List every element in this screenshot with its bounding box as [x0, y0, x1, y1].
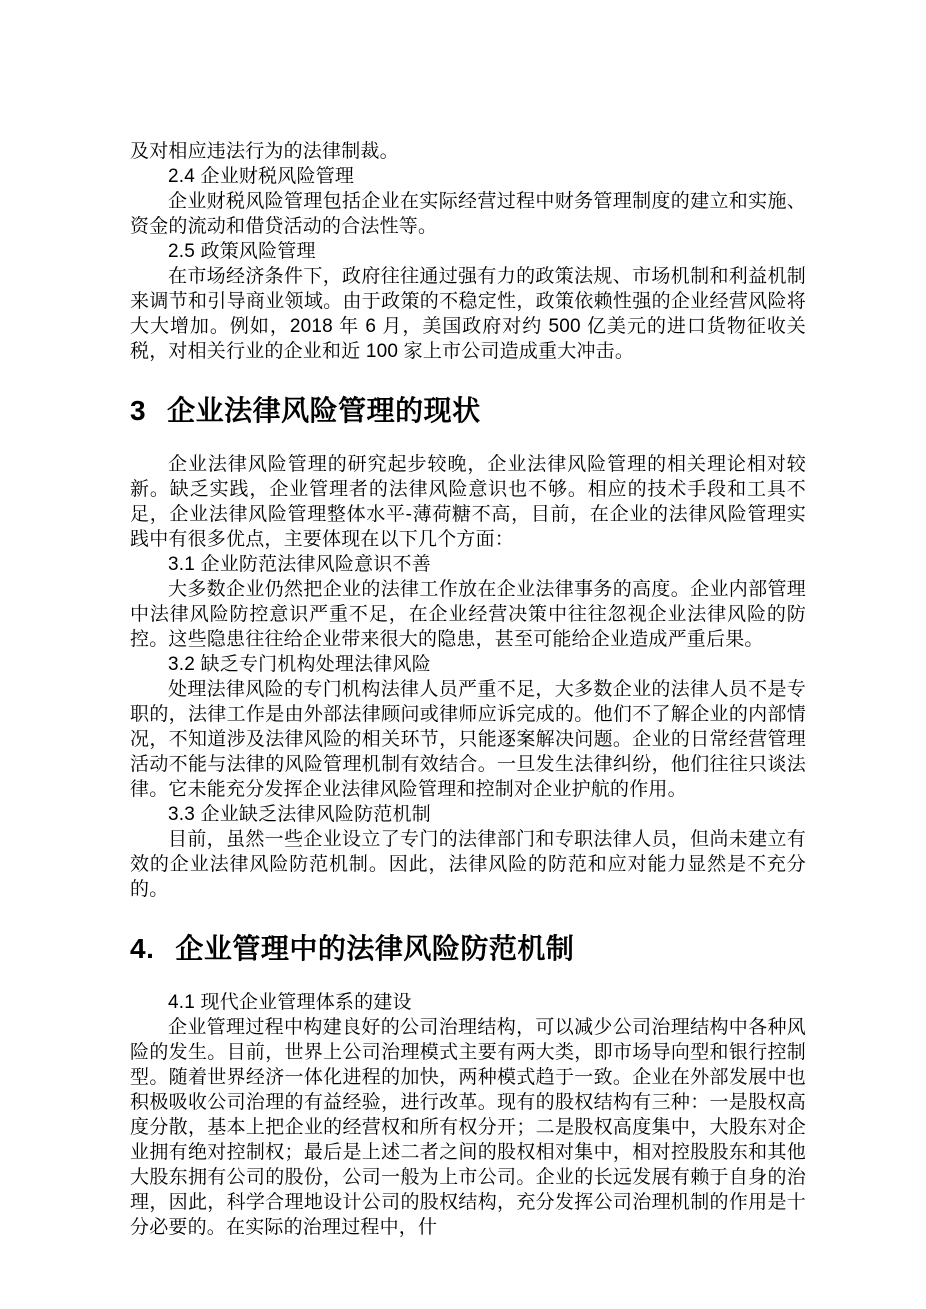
section-heading-4: 4.企业管理中的法律风险防范机制: [130, 931, 806, 967]
subheading-3-1: 3.1 企业防范法律风险意识不善: [130, 552, 806, 577]
paragraph: 处理法律风险的专门机构法律人员严重不足，大多数企业的法律人员不是专职的，法律工作…: [130, 677, 806, 802]
subheading-3-3: 3.3 企业缺乏法律风险防范机制: [130, 802, 806, 827]
paragraph: 在市场经济条件下，政府往往通过强有力的政策法规、市场机制和利益机制来调节和引导商…: [130, 264, 806, 364]
section-number: 4.: [130, 931, 154, 967]
paragraph: 目前，虽然一些企业设立了专门的法律部门和专职法律人员，但尚未建立有效的企业法律风…: [130, 827, 806, 902]
paragraph: 企业财税风险管理包括企业在实际经营过程中财务管理制度的建立和实施、资金的流动和借…: [130, 189, 806, 239]
subheading-3-2: 3.2 缺乏专门机构处理法律风险: [130, 652, 806, 677]
section-heading-3: 3企业法律风险管理的现状: [130, 393, 806, 429]
subheading-4-1: 4.1 现代企业管理体系的建设: [130, 990, 806, 1015]
paragraph: 企业法律风险管理的研究起步较晚，企业法律风险管理的相关理论相对较新。缺乏实践，企…: [130, 452, 806, 552]
paragraph: 企业管理过程中构建良好的公司治理结构，可以减少公司治理结构中各种风险的发生。目前…: [130, 1015, 806, 1240]
section-title: 企业法律风险管理的现状: [167, 395, 481, 426]
subheading-2-4: 2.4 企业财税风险管理: [130, 164, 806, 189]
paragraph-continuation: 及对相应违法行为的法律制裁。: [130, 139, 806, 164]
section-number: 3: [130, 393, 146, 429]
paragraph: 大多数企业仍然把企业的法律工作放在企业法律事务的高度。企业内部管理中法律风险防控…: [130, 577, 806, 652]
section-title: 企业管理中的法律风险防范机制: [175, 933, 574, 964]
document-content: 及对相应违法行为的法律制裁。 2.4 企业财税风险管理 企业财税风险管理包括企业…: [130, 139, 806, 1240]
subheading-2-5: 2.5 政策风险管理: [130, 239, 806, 264]
